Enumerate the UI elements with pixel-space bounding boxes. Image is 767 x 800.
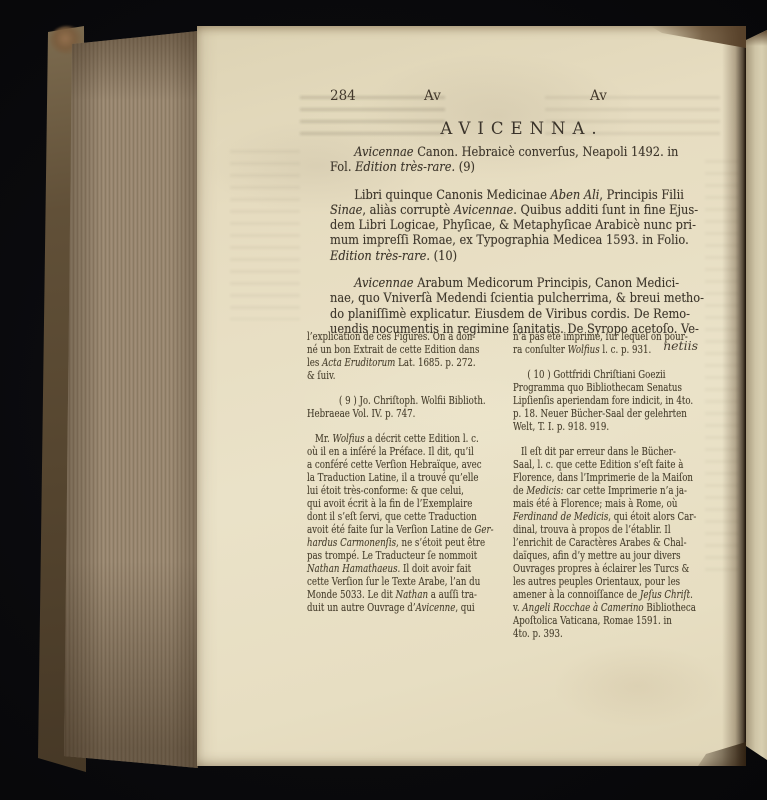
text-segment: Acta Eruditorum	[322, 356, 395, 369]
text-segment: l’explication de ces Figures. On a don-	[307, 330, 475, 343]
text-segment: Wolfius	[333, 432, 365, 445]
text-line: pas trompé. Le Traducteur ſe nommoit	[307, 549, 499, 562]
page-header: 284 Av Av	[330, 88, 714, 106]
text-line: do planiſſimè explicatur. Eiusdem de Vir…	[330, 307, 714, 322]
text-line: ra conſulter Wolfius l. c. p. 931.	[513, 343, 705, 356]
text-line: les autres peuples Orientaux, pour les	[513, 575, 705, 588]
text-segment: p. 18. Neuer Bücher-Saal der gelehrten	[513, 407, 687, 420]
text-line: les Acta Eruditorum Lat. 1685. p. 272.	[307, 356, 499, 369]
text-segment: cette Verſion ſur le Texte Arabe, l’an d…	[307, 575, 480, 588]
text-segment: hardus Carmonenſis	[307, 536, 396, 549]
text-line: v. Angeli Rocchae à Camerino Bibliotheca	[513, 601, 705, 614]
text-segment: dont il s’eſt ſervi, que cette Traductio…	[307, 510, 477, 523]
footnote-left-paragraphs: l’explication de ces Figures. On a don-n…	[307, 330, 499, 614]
text-line: hardus Carmonenſis, ne s’étoit peut être	[307, 536, 499, 549]
text-segment: Canon. Hebraicè converſus, Neapoli 1492.…	[414, 145, 679, 160]
paragraph: Avicennae Arabum Medicorum Principis, Ca…	[330, 276, 714, 337]
text-segment: Jeſus Chriſt.	[640, 588, 693, 601]
text-segment: les	[307, 356, 322, 369]
text-line: Programma quo Bibliothecam Senatus	[513, 381, 705, 394]
text-segment: , ne s’étoit peut être	[396, 536, 485, 549]
text-line: né un bon Extrait de cette Edition dans	[307, 343, 499, 356]
text-segment: Fol.	[330, 160, 355, 175]
text-segment: Welt, T. I. p. 918. 919.	[513, 420, 609, 433]
text-line: dinal, trouva à propos de l’établir. Il	[513, 523, 705, 536]
text-segment: mais été à Florence; mais à Rome, où	[513, 497, 677, 510]
text-segment: Hebraeae Vol. IV. p. 747.	[307, 407, 415, 420]
text-segment: & ſuiv.	[307, 369, 336, 382]
text-segment: né un bon Extrait de cette Edition dans	[307, 343, 479, 356]
text-segment: a décrit cette Edition l. c.	[365, 432, 479, 445]
text-segment: les autres peuples Orientaux, pour les	[513, 575, 680, 588]
paragraph: l’explication de ces Figures. On a don-n…	[307, 330, 499, 382]
footnote-column-right: n’a pas été imprimé, ſur lequel on pour-…	[513, 330, 707, 640]
text-segment: Monde 5033. Le dit	[307, 588, 396, 601]
photograph-background: 284 Av Av AVICENNA. Avicennae Canon. Heb…	[0, 0, 767, 800]
text-line: Saal, l. c. que cette Edition s’eſt fait…	[513, 458, 705, 471]
text-segment: où il en a inſéré la Préface. Il dit, qu…	[307, 445, 474, 458]
text-line: Hebraeae Vol. IV. p. 747.	[307, 407, 499, 420]
text-segment: l. c. p. 931.	[600, 343, 652, 356]
text-segment: a auſſi tra-	[428, 588, 477, 601]
text-line: qui avoit écrit à la fin de l’Exemplaire	[307, 497, 499, 510]
entry-title: AVICENNA.	[330, 119, 714, 138]
text-segment: duit un autre Ouvrage d’	[307, 601, 416, 614]
text-segment: , qui	[455, 601, 474, 614]
text-segment: Apoſtolica Vaticana, Romae 1591. in	[513, 614, 672, 627]
text-line: cette Verſion ſur le Texte Arabe, l’an d…	[307, 575, 499, 588]
text-segment: (9)	[455, 160, 475, 175]
text-line: Welt, T. I. p. 918. 919.	[513, 420, 705, 433]
text-segment: , Principis Filii	[599, 188, 683, 203]
text-line: Nathan Hamathaeus. Il doit avoir fait	[307, 562, 499, 575]
text-segment: Wolfius	[568, 343, 600, 356]
text-segment: amener à la connoiſſance de	[513, 588, 640, 601]
text-segment: Angeli Rocchae à Camerino	[522, 601, 643, 614]
text-segment: n’a pas été imprimé, ſur lequel on pour-	[513, 330, 688, 343]
text-line: Apoſtolica Vaticana, Romae 1591. in	[513, 614, 705, 627]
text-line: Libri quinque Canonis Medicinae Aben Ali…	[330, 188, 714, 203]
text-segment: Nathan	[396, 588, 428, 601]
text-line: & ſuiv.	[307, 369, 499, 382]
running-head-left: Av	[424, 88, 441, 104]
text-segment: dem Libri Logicae, Phyſicae, & Metaphyſi…	[330, 218, 696, 233]
text-segment: Sinae	[330, 203, 362, 218]
text-line: Sinae, aliàs corruptè Avicennae. Quibus …	[330, 203, 714, 218]
text-line: Florence, dans l’Imprimerie de la Maiſon	[513, 471, 705, 484]
text-segment: Ferdinand de Medicis	[513, 510, 608, 523]
text-segment: l’enrichit de Caractères Arabes & Chal-	[513, 536, 687, 549]
text-segment: ( 10 ) Gottfridi Chriſtiani Goezii	[527, 368, 665, 381]
text-line: dont il s’eſt ſervi, que cette Traductio…	[307, 510, 499, 523]
text-line: Avicennae Arabum Medicorum Principis, Ca…	[330, 276, 714, 291]
text-segment: Il doit avoir fait	[400, 562, 471, 575]
text-line: Ouvrages propres à éclairer les Turcs &	[513, 562, 705, 575]
text-line: ( 10 ) Gottfridi Chriſtiani Goezii	[513, 368, 705, 381]
text-line: Avicennae Canon. Hebraicè converſus, Nea…	[330, 145, 714, 160]
text-line: Fol. Edition très-rare. (9)	[330, 160, 714, 175]
text-segment: la Traduction Latine, il a trouvé qu’ell…	[307, 471, 479, 484]
main-text-block: 284 Av Av AVICENNA. Avicennae Canon. Heb…	[330, 88, 714, 353]
footnote-column-left: l’explication de ces Figures. On a don-n…	[307, 330, 495, 614]
paragraph: ( 9 ) Jo. Chriſtoph. Wolfii Biblioth.Heb…	[307, 394, 499, 420]
text-segment: ( 9 ) Jo. Chriſtoph. Wolfii Biblioth.	[339, 394, 486, 407]
text-line: l’explication de ces Figures. On a don-	[307, 330, 499, 343]
text-segment: Florence, dans l’Imprimerie de la Maiſon	[513, 471, 693, 484]
text-segment: pas trompé. Le Traducteur ſe nommoit	[307, 549, 477, 562]
text-segment: Edition très-rare.	[355, 160, 455, 175]
text-segment: Ouvrages propres à éclairer les Turcs &	[513, 562, 689, 575]
text-segment: Arabum Medicorum Principis, Canon Medici…	[414, 276, 680, 291]
text-line: p. 18. Neuer Bücher-Saal der gelehrten	[513, 407, 705, 420]
text-segment: , aliàs corruptè	[362, 203, 454, 218]
text-segment: Lat. 1685. p. 272.	[395, 356, 475, 369]
text-line: duit un autre Ouvrage d’Avicenne, qui	[307, 601, 499, 614]
text-line: ( 9 ) Jo. Chriſtoph. Wolfii Biblioth.	[307, 394, 499, 407]
text-line: dem Libri Logicae, Phyſicae, & Metaphyſi…	[330, 218, 714, 233]
text-segment: Avicennae	[354, 276, 413, 291]
text-line: avoit été faite ſur la Verſion Latine de…	[307, 523, 499, 536]
text-segment: Lipſienſis aperiendam fore indicit, in 4…	[513, 394, 693, 407]
paragraph: Avicennae Canon. Hebraicè converſus, Nea…	[330, 145, 714, 176]
text-segment: , qui étoit alors Car-	[608, 510, 696, 523]
text-segment: Avicennae	[354, 145, 413, 160]
paragraph: Libri quinque Canonis Medicinae Aben Ali…	[330, 188, 714, 264]
facing-page-sliver	[746, 30, 767, 760]
main-paragraphs: Avicennae Canon. Hebraicè converſus, Nea…	[330, 145, 714, 337]
text-line: où il en a inſéré la Préface. Il dit, qu…	[307, 445, 499, 458]
text-segment: Edition très-rare.	[330, 249, 430, 264]
text-segment: (10)	[430, 249, 457, 264]
text-segment: dinal, trouva à propos de l’établir. Il	[513, 523, 671, 536]
text-line: Il eſt dit par erreur dans le Bücher-	[513, 445, 705, 458]
text-segment: 4to. p. 393.	[513, 627, 563, 640]
text-segment: Programma quo Bibliothecam Senatus	[513, 381, 682, 394]
paragraph: Il eſt dit par erreur dans le Bücher-Saa…	[513, 445, 705, 640]
text-line: nae, quo Vniverſà Medendi ſcientia pulch…	[330, 291, 714, 306]
text-line: lui étoit très-conforme: & que celui,	[307, 484, 499, 497]
text-segment: a conféré cette Verſion Hebraïque, avec	[307, 458, 482, 471]
text-line: Lipſienſis aperiendam fore indicit, in 4…	[513, 394, 705, 407]
text-segment: Medicis:	[526, 484, 563, 497]
text-segment: Avicennae	[454, 203, 513, 218]
text-line: mum impreſſi Romae, ex Typographia Medic…	[330, 233, 714, 248]
paragraph: ( 10 ) Gottfridi Chriſtiani GoeziiProgra…	[513, 368, 705, 433]
text-segment: Il eſt dit par erreur dans le Bücher-	[521, 445, 676, 458]
text-segment: car cette Imprimerie n’a ja-	[564, 484, 687, 497]
paragraph: n’a pas été imprimé, ſur lequel on pour-…	[513, 330, 705, 356]
text-segment: Nathan Hamathaeus.	[307, 562, 400, 575]
gutter-shadow	[722, 26, 746, 766]
text-segment: Bibliotheca	[644, 601, 696, 614]
paragraph: Mr. Wolfius a décrit cette Edition l. c.…	[307, 432, 499, 614]
text-line: Edition très-rare. (10)	[330, 249, 714, 264]
text-line: daïques, afin d’y mettre au jour divers	[513, 549, 705, 562]
text-segment: de	[513, 484, 526, 497]
text-line: de Medicis: car cette Imprimerie n’a ja-	[513, 484, 705, 497]
text-line: 4to. p. 393.	[513, 627, 705, 640]
text-line: Monde 5033. Le dit Nathan a auſſi tra-	[307, 588, 499, 601]
text-segment: v.	[513, 601, 522, 614]
text-line: Mr. Wolfius a décrit cette Edition l. c.	[307, 432, 499, 445]
text-segment: Avicenne	[416, 601, 456, 614]
text-segment: Saal, l. c. que cette Edition s’eſt fait…	[513, 458, 683, 471]
page-edge-stack	[62, 26, 198, 770]
text-line: la Traduction Latine, il a trouvé qu’ell…	[307, 471, 499, 484]
text-segment: Ger-	[474, 523, 493, 536]
text-segment: . Quibus additi ſunt in fine Ejus-	[513, 203, 698, 218]
text-line: mais été à Florence; mais à Rome, où	[513, 497, 705, 510]
text-segment: mum impreſſi Romae, ex Typographia Medic…	[330, 233, 689, 248]
footnote-right-paragraphs: n’a pas été imprimé, ſur lequel on pour-…	[513, 330, 705, 640]
text-segment: qui avoit écrit à la fin de l’Exemplaire	[307, 497, 472, 510]
text-segment: Aben Ali	[551, 188, 600, 203]
text-line: Ferdinand de Medicis, qui étoit alors Ca…	[513, 510, 705, 523]
text-segment: avoit été faite ſur la Verſion Latine de	[307, 523, 474, 536]
text-segment: lui étoit très-conforme: & que celui,	[307, 484, 464, 497]
text-segment: nae, quo Vniverſà Medendi ſcientia pulch…	[330, 291, 704, 306]
text-line: a conféré cette Verſion Hebraïque, avec	[307, 458, 499, 471]
text-line: n’a pas été imprimé, ſur lequel on pour-	[513, 330, 705, 343]
text-segment: daïques, afin d’y mettre au jour divers	[513, 549, 681, 562]
text-segment: do planiſſimè explicatur. Eiusdem de Vir…	[330, 307, 690, 322]
text-line: amener à la connoiſſance de Jeſus Chriſt…	[513, 588, 705, 601]
text-segment: ra conſulter	[513, 343, 568, 356]
text-line: l’enrichit de Caractères Arabes & Chal-	[513, 536, 705, 549]
running-head-right: Av	[590, 88, 607, 104]
text-segment: Mr.	[315, 432, 333, 445]
text-segment: Libri quinque Canonis Medicinae	[354, 188, 550, 203]
page-number: 284	[330, 88, 356, 104]
